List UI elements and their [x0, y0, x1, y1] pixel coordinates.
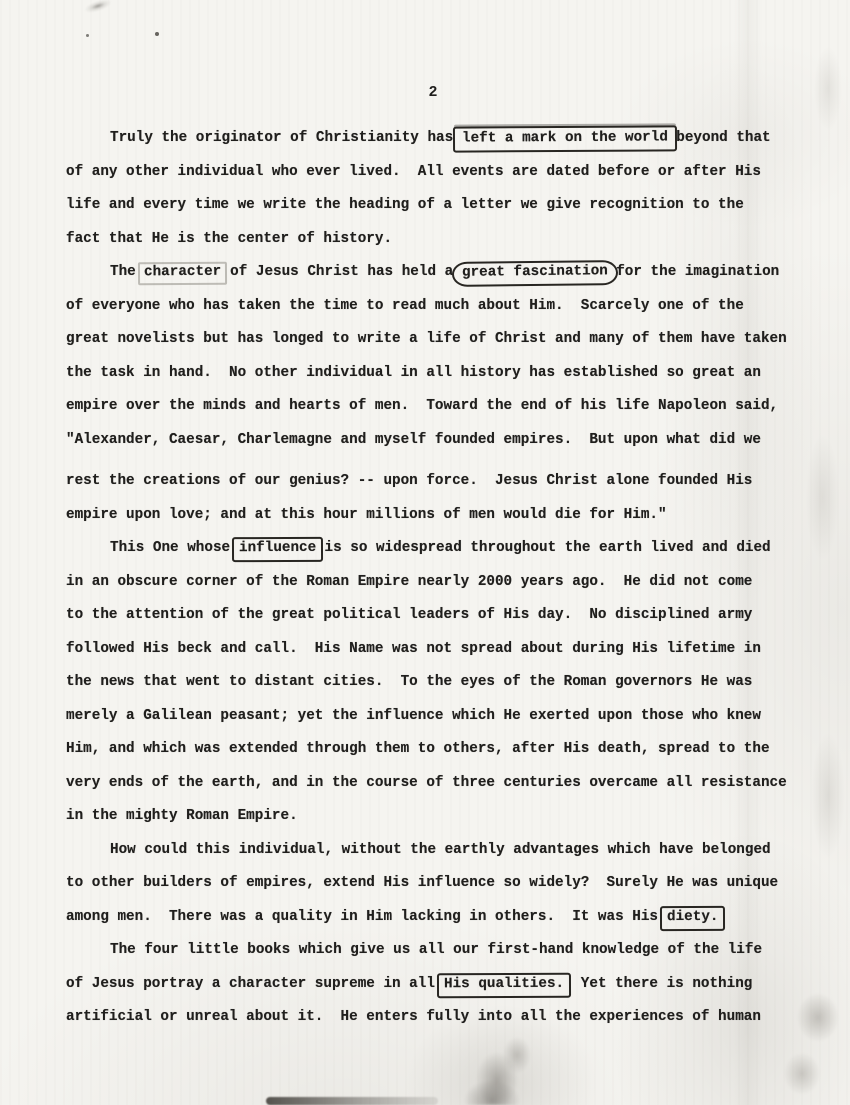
text-line: Truly the originator of Christianity has…: [66, 122, 826, 156]
scan-smudge: [83, 0, 113, 15]
text-run: empire over the minds and hearts of men.…: [66, 398, 778, 414]
text-line: in an obscure corner of the Roman Empire…: [66, 566, 826, 600]
text-run: great novelists but has longed to write …: [66, 331, 787, 347]
text-line: of any other individual who ever lived. …: [66, 156, 826, 190]
text-line: in the mighty Roman Empire.: [66, 800, 826, 834]
text-run: empire upon love; and at this hour milli…: [66, 507, 667, 523]
text-run: Truly the originator of Christianity has: [110, 130, 462, 146]
text-line: fact that He is the center of history.: [66, 223, 826, 257]
text-run: in the mighty Roman Empire.: [66, 808, 298, 824]
text-run: in an obscure corner of the Roman Empire…: [66, 574, 752, 590]
text-run: merely a Galilean peasant; yet the influ…: [66, 708, 761, 724]
text-line: the task in hand. No other individual in…: [66, 357, 826, 391]
text-run: artificial or unreal about it. He enters…: [66, 1009, 761, 1025]
text-line: very ends of the earth, and in the cours…: [66, 767, 826, 801]
text-run: very ends of the earth, and in the cours…: [66, 775, 787, 791]
text-run: is so widespread throughout the earth li…: [316, 540, 771, 556]
text-line: This One whose influence is so widesprea…: [66, 532, 826, 566]
text-line: followed His beck and call. His Name was…: [66, 633, 826, 667]
text-line: among men. There was a quality in Him la…: [66, 901, 826, 935]
annotation-box-rect: diety.: [660, 905, 726, 930]
page-number: 2: [8, 84, 850, 101]
annotation-box-rect: His qualities.: [436, 972, 570, 997]
text-run: life and every time we write the heading…: [66, 197, 744, 213]
text-line: to other builders of empires, extend His…: [66, 867, 826, 901]
annotation-box-rect2: left a mark on the world: [453, 125, 677, 152]
text-run: fact that He is the center of history.: [66, 231, 392, 247]
text-line: artificial or unreal about it. He enters…: [66, 1001, 826, 1035]
text-line: great novelists but has longed to write …: [66, 323, 826, 357]
text-run: The four little books which give us all …: [110, 942, 762, 958]
scanned-page: 2 Truly the originator of Christianity h…: [0, 0, 850, 1105]
text-line: empire upon love; and at this hour milli…: [66, 499, 826, 533]
text-run: among men. There was a quality in Him la…: [66, 909, 667, 925]
text-run: This One whose: [110, 540, 239, 556]
text-run: rest the creations of our genius? -- upo…: [66, 473, 752, 489]
text-run: to the attention of the great political …: [66, 607, 752, 623]
text-run: of everyone who has taken the time to re…: [66, 298, 744, 314]
ink-speck: [86, 34, 89, 37]
text-line: of Jesus portray a character supreme in …: [66, 968, 826, 1002]
text-run: of any other individual who ever lived. …: [66, 164, 761, 180]
text-line: empire over the minds and hearts of men.…: [66, 390, 826, 424]
text-run: of Jesus portray a character supreme in …: [66, 976, 444, 992]
annotation-box-faint: character: [138, 262, 227, 285]
text-line: life and every time we write the heading…: [66, 189, 826, 223]
text-line: rest the creations of our genius? -- upo…: [66, 465, 826, 499]
text-line: merely a Galilean peasant; yet the influ…: [66, 700, 826, 734]
text-line: of everyone who has taken the time to re…: [66, 290, 826, 324]
text-line: the news that went to distant cities. To…: [66, 666, 826, 700]
text-run: Yet there is nothing: [564, 976, 753, 992]
text-run: to other builders of empires, extend His…: [66, 875, 778, 891]
text-run: the task in hand. No other individual in…: [66, 365, 761, 381]
text-run: for the imagination: [608, 264, 780, 280]
text-run: beyond that: [668, 130, 771, 146]
text-line: to the attention of the great political …: [66, 599, 826, 633]
text-run: How could this individual, without the e…: [110, 842, 771, 858]
text-line: Him, and which was extended through them…: [66, 733, 826, 767]
text-run: of Jesus Christ has held a: [222, 264, 462, 280]
text-line: The character of Jesus Christ has held a…: [66, 256, 826, 290]
text-run: followed His beck and call. His Name was…: [66, 641, 761, 657]
text-line: How could this individual, without the e…: [66, 834, 826, 868]
text-line: "Alexander, Caesar, Charlemagne and myse…: [66, 424, 826, 458]
annotation-box-oval: great fascination: [452, 260, 618, 287]
ink-speck: [155, 32, 159, 36]
text-run: the news that went to distant cities. To…: [66, 674, 752, 690]
scan-smudge: [266, 1097, 438, 1105]
document-body: Truly the originator of Christianity has…: [66, 122, 826, 1035]
text-run: "Alexander, Caesar, Charlemagne and myse…: [66, 432, 761, 448]
annotation-box-rect: influence: [232, 537, 323, 562]
text-run: Him, and which was extended through them…: [66, 741, 770, 757]
text-line: The four little books which give us all …: [66, 934, 826, 968]
